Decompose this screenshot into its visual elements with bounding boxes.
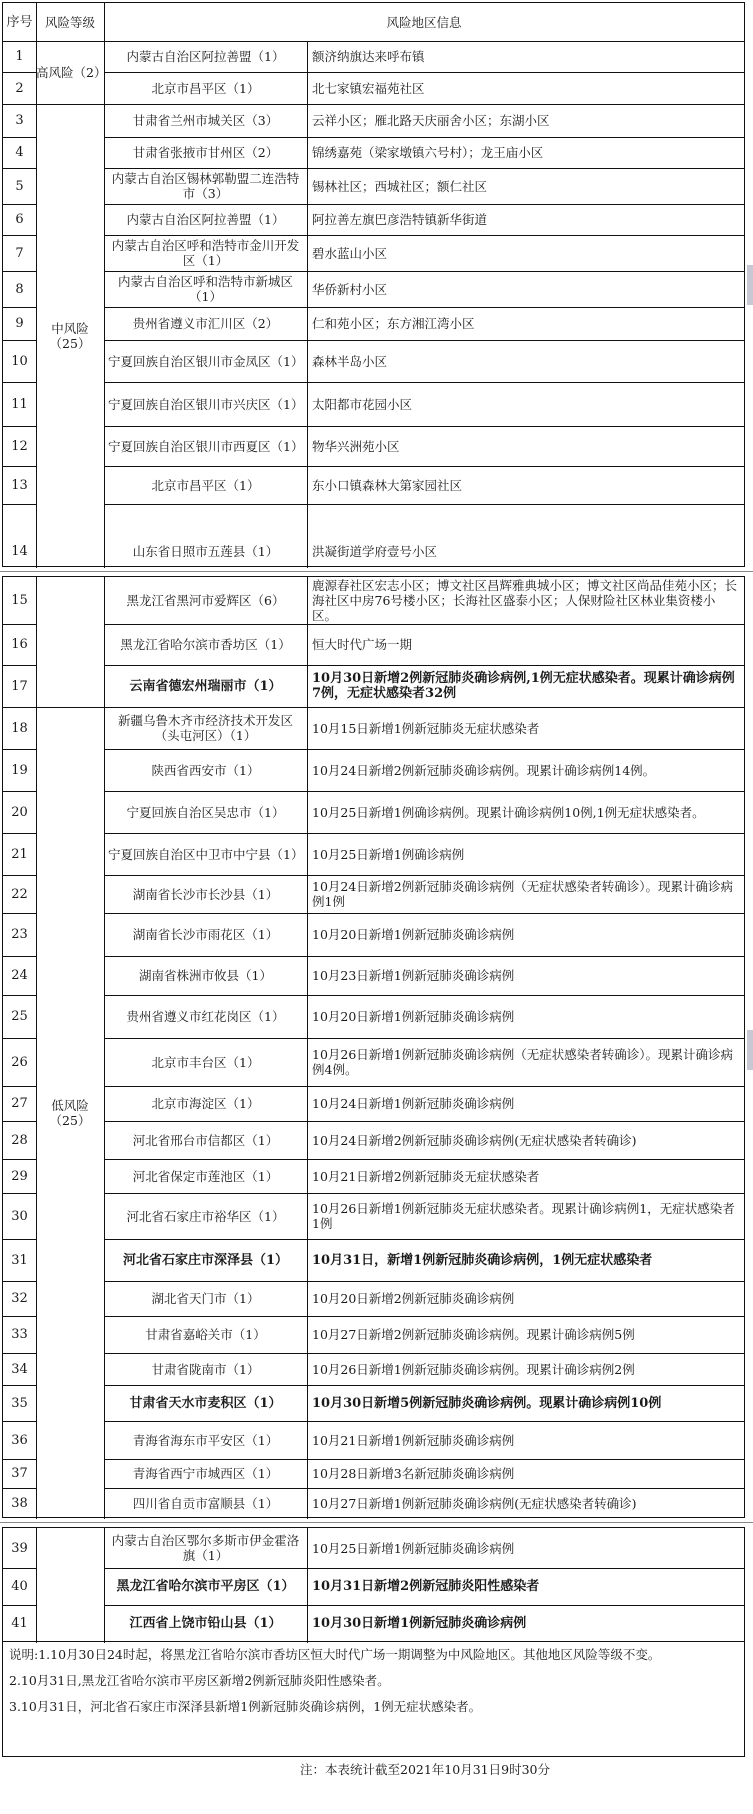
row-number: 41 <box>3 1605 36 1642</box>
table-segment-1: 序号风险等级风险地区信息1内蒙古自治区阿拉善盟（1）额济纳旗达来呼布镇2北京市昌… <box>2 2 745 567</box>
risk-area-info: 10月20日新增1例新冠肺炎确诊病例 <box>307 995 744 1038</box>
row-number-text: 41 <box>11 1616 28 1631</box>
risk-area-info-text: 北七家镇宏福苑社区 <box>312 81 425 96</box>
region-name-text: 陕西省西安市（1） <box>152 763 260 778</box>
risk-area-info-text: 10月28日新增3名新冠肺炎确诊病例 <box>312 1466 514 1481</box>
region-name-text: 内蒙古自治区鄂尔多斯市伊金霍洛旗（1） <box>108 1533 303 1563</box>
risk-area-info: 东小口镇森林大第家园社区 <box>307 466 744 504</box>
row-number-text: 31 <box>11 1253 28 1268</box>
header-num: 序号 <box>3 3 36 41</box>
row-number: 14 <box>3 535 36 568</box>
risk-area-info-text: 恒大时代广场一期 <box>312 637 412 652</box>
row-number-text: 14 <box>11 544 28 559</box>
region-name: 内蒙古自治区锡林郭勒盟二连浩特市（3） <box>104 168 307 204</box>
row-number: 30 <box>3 1193 36 1239</box>
table-segment-2: 15黑龙江省黑河市爱辉区（6）鹿源春社区宏志小区；博文社区昌辉雅典城小区；博文社… <box>2 576 745 1518</box>
row-number-text: 36 <box>11 1433 28 1448</box>
region-name: 宁夏回族自治区银川市金凤区（1） <box>104 340 307 382</box>
region-name: 北京市昌平区（1） <box>104 466 307 504</box>
risk-area-info: 10月31日新增2例新冠肺炎阳性感染者 <box>307 1568 744 1605</box>
risk-area-info: 10月15日新增1例新冠肺炎无症状感染者 <box>307 707 744 749</box>
region-name-text: 内蒙古自治区阿拉善盟（1） <box>127 212 285 227</box>
risk-area-info: 额济纳旗达来呼布镇 <box>307 41 744 72</box>
region-name: 贵州省遵义市红花岗区（1） <box>104 995 307 1038</box>
row-number: 22 <box>3 875 36 913</box>
row-number-text: 32 <box>11 1291 28 1306</box>
row-number-text: 1 <box>15 49 23 64</box>
region-name-text: 甘肃省兰州市城关区（3） <box>133 113 278 128</box>
row-number: 31 <box>3 1239 36 1281</box>
region-name: 陕西省西安市（1） <box>104 749 307 791</box>
risk-area-info: 锡林社区；西城社区；额仁社区 <box>307 168 744 204</box>
row-number: 27 <box>3 1086 36 1121</box>
region-name-text: 湖北省天门市（1） <box>152 1291 260 1306</box>
region-name: 甘肃省张掖市甘州区（2） <box>104 137 307 168</box>
region-name-text: 新疆乌鲁木齐市经济技术开发区（头屯河区）（1） <box>108 713 303 743</box>
region-name: 河北省邢台市信都区（1） <box>104 1121 307 1159</box>
risk-area-info-text: 10月30日新增5例新冠肺炎确诊病例。现累计确诊病例10例 <box>312 1396 661 1411</box>
region-name: 青海省西宁市城西区（1） <box>104 1459 307 1488</box>
row-number-text: 28 <box>11 1133 28 1148</box>
region-name: 宁夏回族自治区中卫市中宁县（1） <box>104 833 307 875</box>
row-number-text: 15 <box>11 593 28 608</box>
row-number-text: 37 <box>11 1466 28 1481</box>
region-name: 内蒙古自治区鄂尔多斯市伊金霍洛旗（1） <box>104 1528 307 1568</box>
page-break-line <box>0 1522 753 1523</box>
row-number-text: 3 <box>15 113 23 128</box>
region-name-text: 北京市丰台区（1） <box>152 1055 260 1070</box>
risk-area-info-text: 10月31日新增2例新冠肺炎阳性感染者 <box>312 1579 539 1594</box>
risk-level-medium-text: 中风险（25） <box>36 321 104 351</box>
row-number-text: 9 <box>15 316 23 331</box>
region-name: 河北省石家庄市裕华区（1） <box>104 1193 307 1239</box>
row-number-text: 33 <box>11 1327 28 1342</box>
region-name-text: 贵州省遵义市红花岗区（1） <box>127 1009 285 1024</box>
risk-area-info-text: 10月30日新增1例新冠肺炎确诊病例 <box>312 1616 526 1631</box>
row-number-text: 10 <box>11 354 28 369</box>
region-name: 宁夏回族自治区吴忠市（1） <box>104 791 307 833</box>
row-number-text: 17 <box>11 679 28 694</box>
risk-area-info: 10月21日新增1例新冠肺炎确诊病例 <box>307 1421 744 1459</box>
notes-box: 说明:1.10月30日24时起，将黑龙江省哈尔滨市香坊区恒大时代广场一期调整为中… <box>2 1641 745 1757</box>
row-number-text: 40 <box>11 1579 28 1594</box>
region-name-text: 宁夏回族自治区中卫市中宁县（1） <box>108 847 303 862</box>
row-number: 3 <box>3 104 36 137</box>
row-number: 38 <box>3 1488 36 1519</box>
region-name: 北京市丰台区（1） <box>104 1038 307 1086</box>
row-number-text: 22 <box>11 887 28 902</box>
row-number: 26 <box>3 1038 36 1086</box>
risk-area-info-text: 10月30日新增2例新冠肺炎确诊病例,1例无症状感染者。现累计确诊病例7例，无症… <box>312 671 739 701</box>
header-info-text: 风险地区信息 <box>386 15 461 30</box>
row-number: 34 <box>3 1353 36 1385</box>
region-name-text: 内蒙古自治区呼和浩特市金川开发区（1） <box>108 238 303 268</box>
scrollbar-thumb[interactable] <box>747 265 753 305</box>
risk-area-info-text: 10月26日新增1例新冠肺炎确诊病例（无症状感染者转确诊）。现累计确诊病例4例。 <box>312 1047 739 1077</box>
header-level-text: 风险等级 <box>45 15 95 30</box>
risk-area-info-text: 10月26日新增1例新冠肺炎无症状感染者。现累计确诊病例1，无症状感染者1例 <box>312 1201 739 1231</box>
row-number: 21 <box>3 833 36 875</box>
risk-area-info: 森林半岛小区 <box>307 340 744 382</box>
risk-area-info-text: 物华兴洲苑小区 <box>312 439 400 454</box>
row-number-text: 5 <box>15 179 23 194</box>
risk-area-info-text: 10月24日新增2例新冠肺炎确诊病例。现累计确诊病例14例。 <box>312 763 655 778</box>
region-name-text: 甘肃省陇南市（1） <box>152 1362 260 1377</box>
region-name: 甘肃省嘉峪关市（1） <box>104 1316 307 1353</box>
risk-area-info: 碧水蓝山小区 <box>307 235 744 271</box>
risk-level-low: 低风险（25） <box>36 707 104 1519</box>
risk-area-info: 10月26日新增1例新冠肺炎无症状感染者。现累计确诊病例1，无症状感染者1例 <box>307 1193 744 1239</box>
region-name-text: 北京市海淀区（1） <box>152 1096 260 1111</box>
region-name: 贵州省遵义市汇川区（2） <box>104 307 307 340</box>
region-name: 湖南省株洲市攸县（1） <box>104 956 307 995</box>
risk-area-info-text: 10月23日新增1例新冠肺炎确诊病例 <box>312 968 514 983</box>
row-divider <box>36 707 104 708</box>
column-divider <box>307 41 308 568</box>
risk-level-low-text: 低风险（25） <box>36 1098 104 1128</box>
risk-area-info-text: 阿拉善左旗巴彦浩特镇新华街道 <box>312 212 487 227</box>
region-name: 黑龙江省哈尔滨市香坊区（1） <box>104 624 307 665</box>
risk-area-info-text: 额济纳旗达来呼布镇 <box>312 49 425 64</box>
risk-level-high-text: 高风险（2） <box>36 65 104 80</box>
row-number: 33 <box>3 1316 36 1353</box>
region-name-text: 江西省上饶市铅山县（1） <box>129 1616 281 1631</box>
column-divider <box>307 1528 308 1643</box>
row-number-text: 26 <box>11 1055 28 1070</box>
region-name: 湖南省长沙市雨花区（1） <box>104 913 307 956</box>
region-name-text: 贵州省遵义市汇川区（2） <box>133 316 278 331</box>
region-name: 河北省石家庄市深泽县（1） <box>104 1239 307 1281</box>
row-number-text: 39 <box>11 1541 28 1556</box>
note-1: 说明:1.10月30日24时起，将黑龙江省哈尔滨市香坊区恒大时代广场一期调整为中… <box>9 1646 738 1664</box>
region-name-text: 河北省邢台市信都区（1） <box>133 1133 278 1148</box>
region-name: 北京市昌平区（1） <box>104 72 307 104</box>
risk-area-info-text: 10月31日，新增1例新冠肺炎确诊病例，1例无症状感染者 <box>312 1253 652 1268</box>
risk-area-info: 10月25日新增1例确诊病例 <box>307 833 744 875</box>
table-segment-3: 39内蒙古自治区鄂尔多斯市伊金霍洛旗（1）10月25日新增1例新冠肺炎确诊病例4… <box>2 1527 745 1642</box>
column-divider <box>36 1528 37 1643</box>
region-name: 湖北省天门市（1） <box>104 1281 307 1316</box>
region-name: 河北省保定市莲池区（1） <box>104 1159 307 1193</box>
region-name-text: 内蒙古自治区锡林郭勒盟二连浩特市（3） <box>108 171 303 201</box>
header-num-text: 序号 <box>6 15 32 30</box>
note-2: 2.10月31日,黑龙江省哈尔滨市平房区新增2例新冠肺炎阳性感染者。 <box>9 1672 738 1690</box>
row-number: 39 <box>3 1528 36 1568</box>
risk-area-info: 10月20日新增1例新冠肺炎确诊病例 <box>307 913 744 956</box>
risk-area-info: 鹿源春社区宏志小区；博文社区昌辉雅典城小区；博文社区尚品佳苑小区；长海社区中房7… <box>307 577 744 624</box>
row-number: 6 <box>3 204 36 235</box>
region-name: 湖南省长沙市长沙县（1） <box>104 875 307 913</box>
region-name-text: 四川省自贡市富顺县（1） <box>133 1496 278 1511</box>
row-number-text: 18 <box>11 721 28 736</box>
risk-area-info: 北七家镇宏福苑社区 <box>307 72 744 104</box>
row-number: 15 <box>3 577 36 624</box>
risk-area-info: 阿拉善左旗巴彦浩特镇新华街道 <box>307 204 744 235</box>
region-name: 宁夏回族自治区银川市兴庆区（1） <box>104 382 307 426</box>
region-name-text: 宁夏回族自治区银川市金凤区（1） <box>108 354 303 369</box>
risk-area-info: 10月25日新增1例新冠肺炎确诊病例 <box>307 1528 744 1568</box>
row-number-text: 30 <box>11 1209 28 1224</box>
region-name-text: 青海省西宁市城西区（1） <box>133 1466 278 1481</box>
risk-area-info: 10月24日新增2例新冠肺炎确诊病例（无症状感染者转确诊）。现累计确诊病例1例 <box>307 875 744 913</box>
row-number: 8 <box>3 271 36 307</box>
region-name-text: 宁夏回族自治区银川市西夏区（1） <box>108 439 303 454</box>
region-name-text: 云南省德宏州瑞丽市（1） <box>129 679 281 694</box>
region-name: 内蒙古自治区呼和浩特市新城区（1） <box>104 271 307 307</box>
risk-area-info-text: 10月24日新增2例新冠肺炎确诊病例(无症状感染者转确诊) <box>312 1133 637 1148</box>
row-number: 24 <box>3 956 36 995</box>
risk-area-info-text: 东小口镇森林大第家园社区 <box>312 478 462 493</box>
region-name-text: 湖南省长沙市雨花区（1） <box>133 927 278 942</box>
region-name: 山东省日照市五莲县（1） <box>104 535 307 568</box>
column-divider <box>104 3 105 568</box>
risk-area-info-text: 森林半岛小区 <box>312 354 387 369</box>
row-number: 7 <box>3 235 36 271</box>
region-name: 内蒙古自治区呼和浩特市金川开发区（1） <box>104 235 307 271</box>
row-number-text: 20 <box>11 805 28 820</box>
row-number: 9 <box>3 307 36 340</box>
row-number-text: 7 <box>15 246 23 261</box>
risk-area-info: 10月23日新增1例新冠肺炎确诊病例 <box>307 956 744 995</box>
column-divider <box>104 1528 105 1643</box>
risk-area-info-text: 锡林社区；西城社区；额仁社区 <box>312 179 487 194</box>
risk-area-info: 10月21日新增2例新冠肺炎无症状感染者 <box>307 1159 744 1193</box>
region-name: 青海省海东市平安区（1） <box>104 1421 307 1459</box>
risk-area-info: 10月20日新增2例新冠肺炎确诊病例 <box>307 1281 744 1316</box>
column-divider <box>307 577 308 1519</box>
row-number: 17 <box>3 665 36 707</box>
risk-level-high: 高风险（2） <box>36 41 104 104</box>
page-break-line <box>0 571 753 572</box>
risk-area-info: 仁和苑小区；东方湘江湾小区 <box>307 307 744 340</box>
row-number: 16 <box>3 624 36 665</box>
header-info: 风险地区信息 <box>104 3 744 41</box>
risk-area-info: 10月28日新增3名新冠肺炎确诊病例 <box>307 1459 744 1488</box>
region-name-text: 山东省日照市五莲县（1） <box>133 544 278 559</box>
row-number-text: 21 <box>11 847 28 862</box>
row-number-text: 6 <box>15 212 23 227</box>
risk-area-info-text: 10月25日新增1例新冠肺炎确诊病例 <box>312 1541 514 1556</box>
risk-area-info-text: 10月26日新增1例新冠肺炎确诊病例。现累计确诊病例2例 <box>312 1362 635 1377</box>
risk-area-info: 云祥小区；雁北路天庆丽舍小区；东湖小区 <box>307 104 744 137</box>
risk-area-info: 10月27日新增1例新冠肺炎确诊病例(无症状感染者转确诊) <box>307 1488 744 1519</box>
risk-area-info-text: 太阳都市花园小区 <box>312 397 412 412</box>
region-name-text: 甘肃省天水市麦积区（1） <box>129 1396 281 1411</box>
region-name: 甘肃省天水市麦积区（1） <box>104 1385 307 1421</box>
row-number-text: 12 <box>11 439 28 454</box>
row-number: 20 <box>3 791 36 833</box>
region-name-text: 内蒙古自治区呼和浩特市新城区（1） <box>108 274 303 304</box>
row-number: 13 <box>3 466 36 504</box>
row-number: 4 <box>3 137 36 168</box>
row-number: 11 <box>3 382 36 426</box>
region-name-text: 宁夏回族自治区吴忠市（1） <box>127 805 285 820</box>
column-divider <box>104 577 105 1519</box>
risk-area-info: 锦绣嘉苑（梁家墩镇六号村）；龙王庙小区 <box>307 137 744 168</box>
row-number-text: 23 <box>11 927 28 942</box>
row-number: 28 <box>3 1121 36 1159</box>
row-number: 36 <box>3 1421 36 1459</box>
risk-area-info: 物华兴洲苑小区 <box>307 426 744 466</box>
row-number: 25 <box>3 995 36 1038</box>
risk-area-info: 10月30日新增1例新冠肺炎确诊病例 <box>307 1605 744 1642</box>
risk-area-info: 恒大时代广场一期 <box>307 624 744 665</box>
row-number-text: 38 <box>11 1496 28 1511</box>
region-name-text: 内蒙古自治区阿拉善盟（1） <box>127 49 285 64</box>
risk-area-info-text: 锦绣嘉苑（梁家墩镇六号村）；龙王庙小区 <box>312 145 543 160</box>
region-name-text: 河北省保定市莲池区（1） <box>133 1169 278 1184</box>
risk-area-info: 10月24日新增1例新冠肺炎确诊病例 <box>307 1086 744 1121</box>
row-number-text: 24 <box>11 968 28 983</box>
risk-area-info-text: 10月21日新增1例新冠肺炎确诊病例 <box>312 1433 514 1448</box>
region-name: 江西省上饶市铅山县（1） <box>104 1605 307 1642</box>
risk-area-info: 10月25日新增1例确诊病例。现累计确诊病例10例,1例无症状感染者。 <box>307 791 744 833</box>
row-number: 18 <box>3 707 36 749</box>
risk-area-info-text: 云祥小区；雁北路天庆丽舍小区；东湖小区 <box>312 113 550 128</box>
row-number-text: 29 <box>11 1169 28 1184</box>
region-name: 内蒙古自治区阿拉善盟（1） <box>104 41 307 72</box>
region-name: 新疆乌鲁木齐市经济技术开发区（头屯河区）（1） <box>104 707 307 749</box>
row-divider <box>104 504 744 505</box>
row-number-text: 34 <box>11 1362 28 1377</box>
region-name-text: 湖南省长沙市长沙县（1） <box>133 887 278 902</box>
row-number: 2 <box>3 72 36 104</box>
risk-area-info-text: 10月24日新增2例新冠肺炎确诊病例（无症状感染者转确诊）。现累计确诊病例1例 <box>312 879 739 909</box>
risk-area-info: 太阳都市花园小区 <box>307 382 744 426</box>
note-3: 3.10月31日，河北省石家庄市深泽县新增1例新冠肺炎确诊病例，1例无症状感染者… <box>9 1698 738 1716</box>
region-name-text: 青海省海东市平安区（1） <box>133 1433 278 1448</box>
risk-area-info: 10月27日新增2例新冠肺炎确诊病例。现累计确诊病例5例 <box>307 1316 744 1353</box>
risk-area-info-text: 10月27日新增2例新冠肺炎确诊病例。现累计确诊病例5例 <box>312 1327 635 1342</box>
region-name: 四川省自贡市富顺县（1） <box>104 1488 307 1519</box>
row-number-text: 27 <box>11 1096 28 1111</box>
region-name: 宁夏回族自治区银川市西夏区（1） <box>104 426 307 466</box>
risk-area-info: 10月31日，新增1例新冠肺炎确诊病例，1例无症状感染者 <box>307 1239 744 1281</box>
row-number-text: 16 <box>11 637 28 652</box>
risk-area-info: 10月26日新增1例新冠肺炎确诊病例（无症状感染者转确诊）。现累计确诊病例4例。 <box>307 1038 744 1086</box>
risk-area-info-text: 10月25日新增1例确诊病例。现累计确诊病例10例,1例无症状感染者。 <box>312 805 705 820</box>
risk-area-info: 10月24日新增2例新冠肺炎确诊病例(无症状感染者转确诊) <box>307 1121 744 1159</box>
row-number-text: 2 <box>15 81 23 96</box>
row-number: 23 <box>3 913 36 956</box>
risk-area-info-text: 10月20日新增1例新冠肺炎确诊病例 <box>312 1009 514 1024</box>
row-number: 32 <box>3 1281 36 1316</box>
risk-area-info-text: 碧水蓝山小区 <box>312 246 387 261</box>
region-name: 内蒙古自治区阿拉善盟（1） <box>104 204 307 235</box>
row-number: 35 <box>3 1385 36 1421</box>
row-number: 10 <box>3 340 36 382</box>
region-name: 黑龙江省哈尔滨市平房区（1） <box>104 1568 307 1605</box>
scrollbar-thumb[interactable] <box>747 1030 753 1070</box>
risk-area-info-text: 仁和苑小区；东方湘江湾小区 <box>312 316 475 331</box>
region-name-text: 北京市昌平区（1） <box>152 478 260 493</box>
risk-area-info-text: 洪凝街道学府壹号小区 <box>312 544 437 559</box>
row-number-text: 4 <box>15 145 23 160</box>
row-number: 40 <box>3 1568 36 1605</box>
header-level: 风险等级 <box>36 3 104 41</box>
risk-area-info-text: 10月25日新增1例确诊病例 <box>312 847 464 862</box>
risk-area-info-text: 10月21日新增2例新冠肺炎无症状感染者 <box>312 1169 539 1184</box>
risk-area-info: 10月24日新增2例新冠肺炎确诊病例。现累计确诊病例14例。 <box>307 749 744 791</box>
region-name-text: 湖南省株洲市攸县（1） <box>139 968 272 983</box>
row-number-text: 11 <box>11 397 28 412</box>
row-number: 37 <box>3 1459 36 1488</box>
row-number-text: 25 <box>11 1009 28 1024</box>
row-number: 5 <box>3 168 36 204</box>
row-number-text: 19 <box>11 763 28 778</box>
region-name-text: 甘肃省嘉峪关市（1） <box>145 1327 265 1342</box>
region-name: 甘肃省陇南市（1） <box>104 1353 307 1385</box>
risk-level-medium: 中风险（25） <box>36 104 104 568</box>
risk-area-info-text: 10月24日新增1例新冠肺炎确诊病例 <box>312 1096 514 1111</box>
risk-area-info-text: 10月20日新增2例新冠肺炎确诊病例 <box>312 1291 514 1306</box>
region-name: 甘肃省兰州市城关区（3） <box>104 104 307 137</box>
risk-area-info-text: 10月15日新增1例新冠肺炎无症状感染者 <box>312 721 539 736</box>
region-name-text: 宁夏回族自治区银川市兴庆区（1） <box>108 397 303 412</box>
region-name-text: 北京市昌平区（1） <box>152 81 260 96</box>
risk-area-info-text: 华侨新村小区 <box>312 282 387 297</box>
row-number: 19 <box>3 749 36 791</box>
row-number: 12 <box>3 426 36 466</box>
region-name: 黑龙江省黑河市爱辉区（6） <box>104 577 307 624</box>
risk-area-info: 10月30日新增5例新冠肺炎确诊病例。现累计确诊病例10例 <box>307 1385 744 1421</box>
footnote: 注：本表统计截至2021年10月31日9时30分 <box>300 1760 550 1778</box>
row-number-text: 35 <box>11 1396 28 1411</box>
region-name: 北京市海淀区（1） <box>104 1086 307 1121</box>
region-name-text: 河北省石家庄市裕华区（1） <box>127 1209 285 1224</box>
row-number: 1 <box>3 41 36 72</box>
region-name-text: 黑龙江省黑河市爱辉区（6） <box>127 593 285 608</box>
risk-area-info-text: 10月27日新增1例新冠肺炎确诊病例(无症状感染者转确诊) <box>312 1496 637 1511</box>
region-name: 云南省德宏州瑞丽市（1） <box>104 665 307 707</box>
risk-area-info: 10月26日新增1例新冠肺炎确诊病例。现累计确诊病例2例 <box>307 1353 744 1385</box>
row-number: 29 <box>3 1159 36 1193</box>
region-name-text: 黑龙江省哈尔滨市平房区（1） <box>116 1579 294 1594</box>
row-number-text: 13 <box>11 478 28 493</box>
risk-area-info: 10月30日新增2例新冠肺炎确诊病例,1例无症状感染者。现累计确诊病例7例，无症… <box>307 665 744 707</box>
risk-area-info: 华侨新村小区 <box>307 271 744 307</box>
risk-area-info-text: 鹿源春社区宏志小区；博文社区昌辉雅典城小区；博文社区尚品佳苑小区；长海社区中房7… <box>312 578 739 623</box>
region-name-text: 河北省石家庄市深泽县（1） <box>123 1253 288 1268</box>
risk-area-info: 洪凝街道学府壹号小区 <box>307 535 744 568</box>
region-name-text: 黑龙江省哈尔滨市香坊区（1） <box>120 637 290 652</box>
row-number-text: 8 <box>15 282 23 297</box>
row-divider <box>3 504 36 505</box>
risk-area-info-text: 10月20日新增1例新冠肺炎确诊病例 <box>312 927 514 942</box>
region-name-text: 甘肃省张掖市甘州区（2） <box>133 145 278 160</box>
